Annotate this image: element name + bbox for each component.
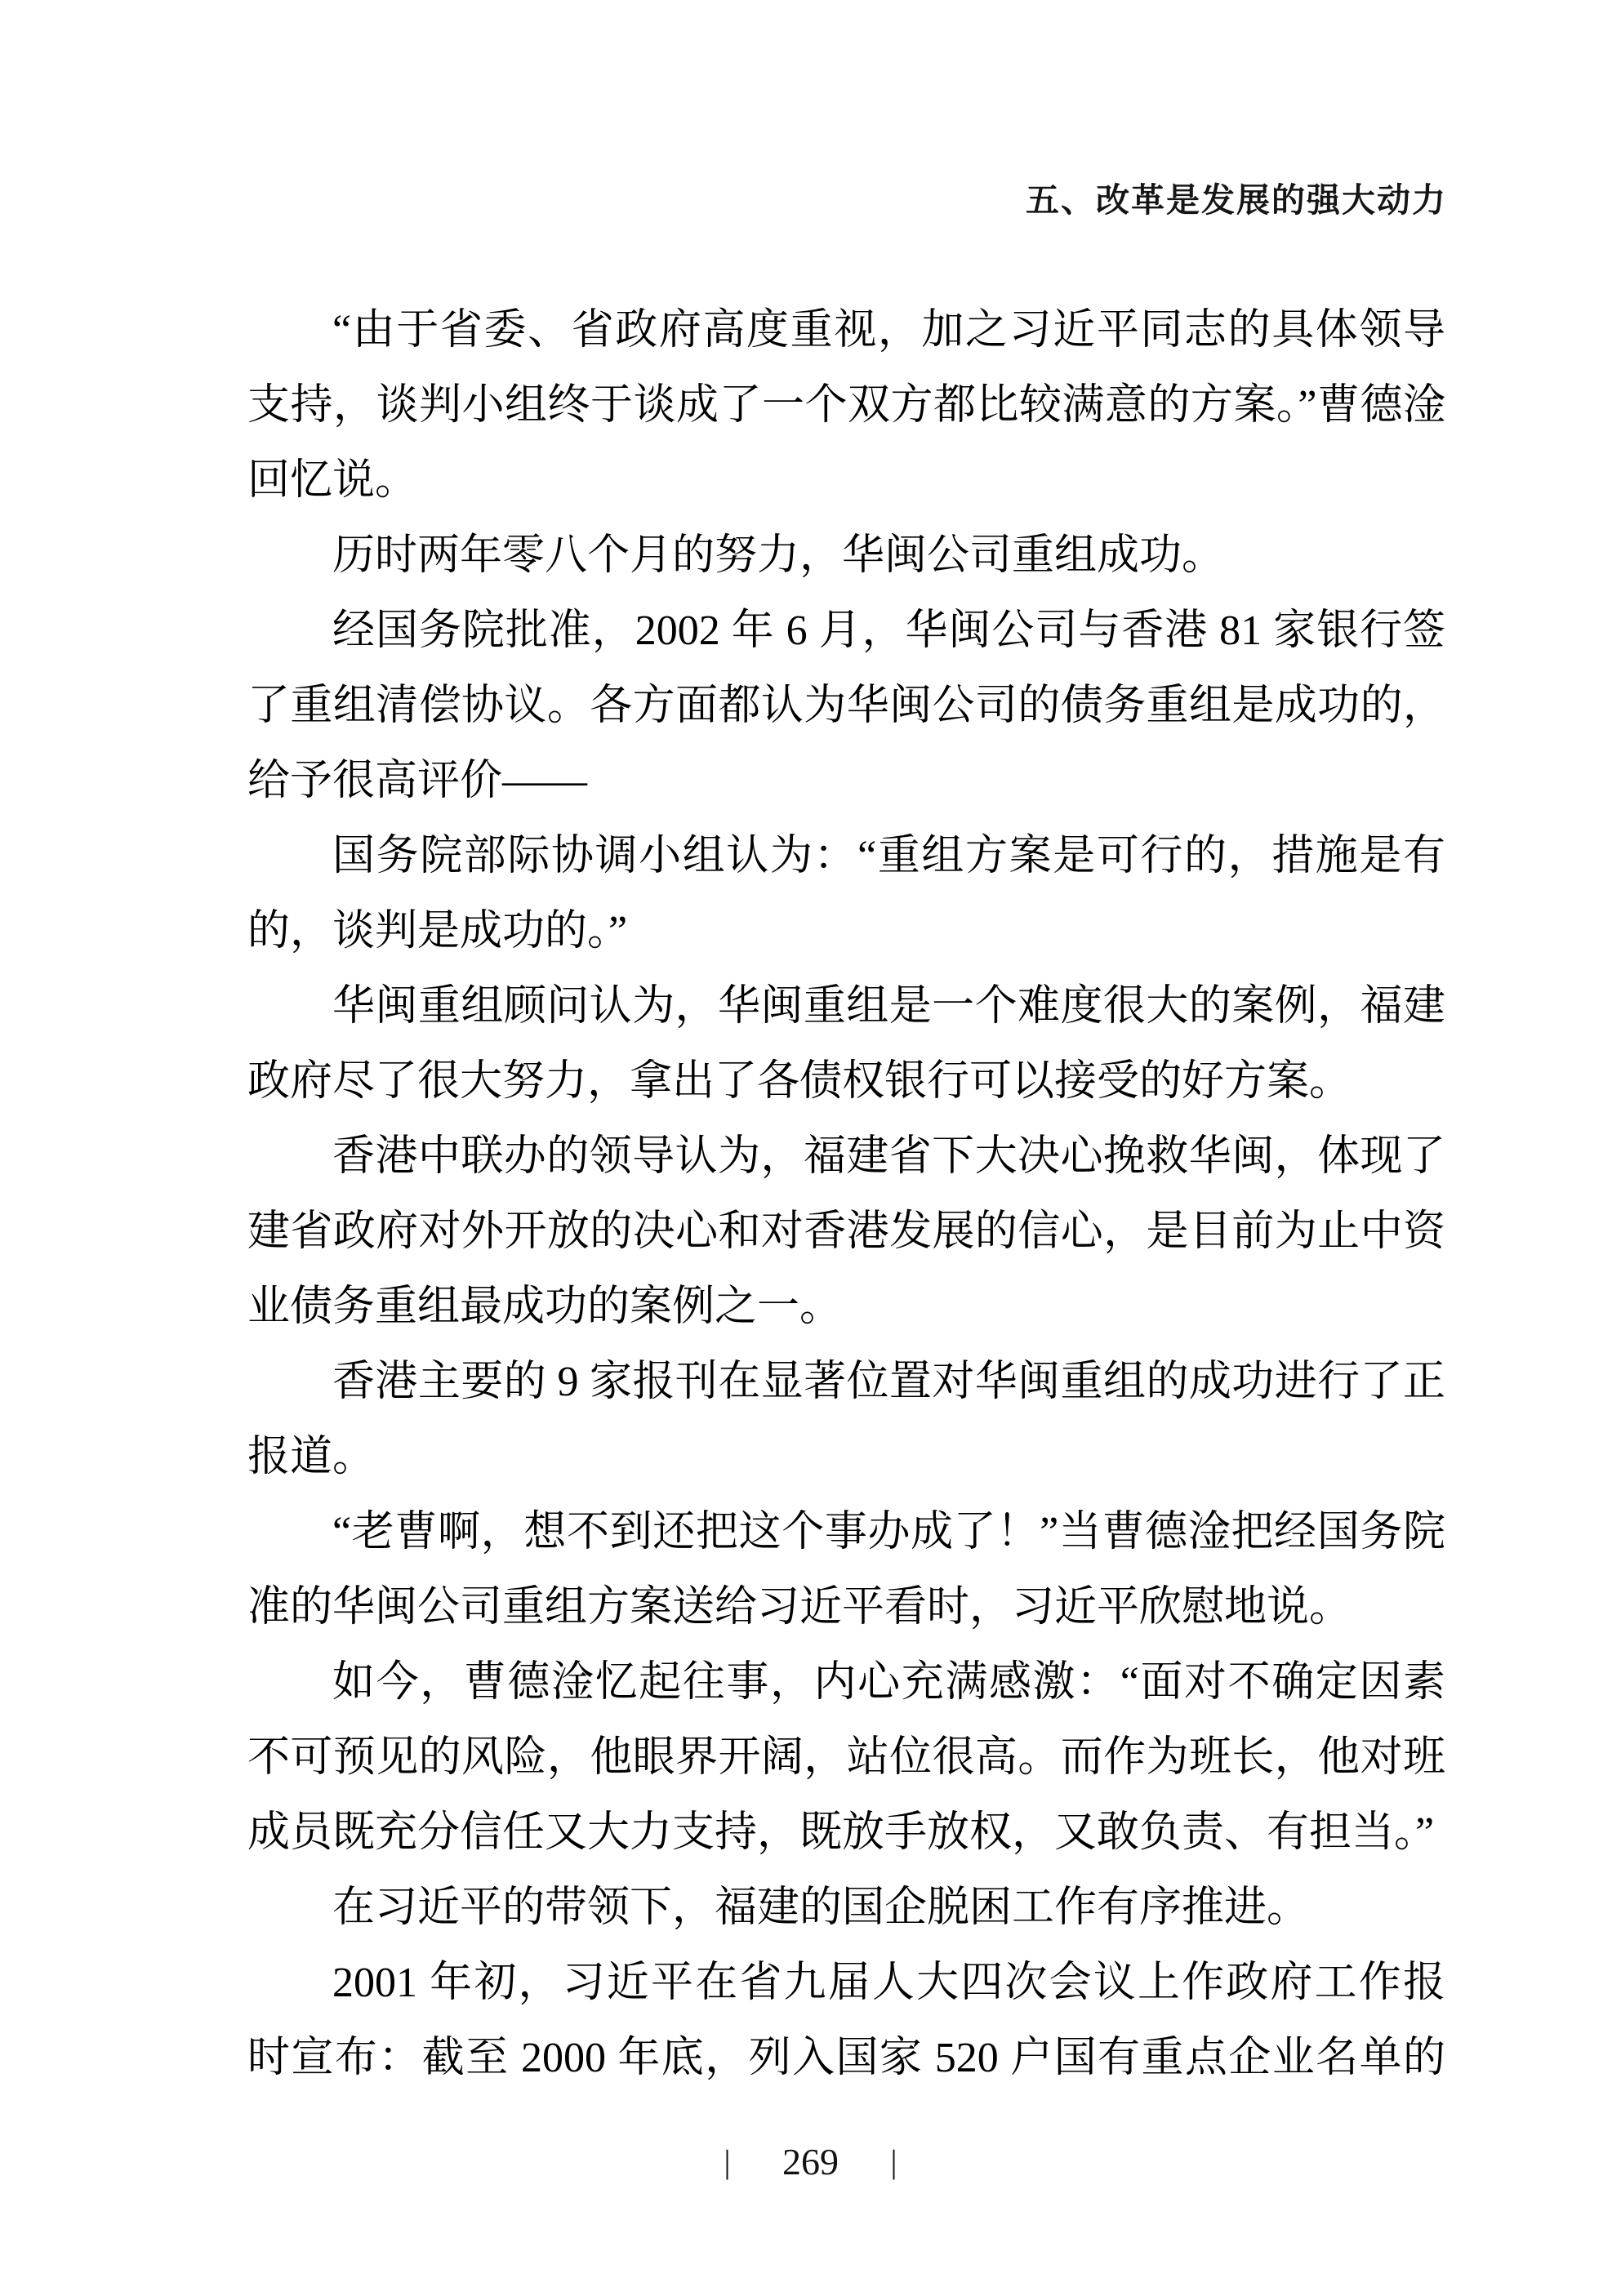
- text-line: “由于省委、省政府高度重视，加之习近平同志的具体领导和: [247, 293, 1445, 368]
- text-line: 香港主要的 9 家报刊在显著位置对华闽重组的成功进行了正面: [247, 1345, 1445, 1420]
- text-line: 如今，曹德淦忆起往事，内心充满感激：“面对不确定因素和: [247, 1645, 1445, 1720]
- text-line: 在习近平的带领下，福建的国企脱困工作有序推进。: [247, 1871, 1445, 1946]
- text-line: 成员既充分信任又大力支持，既放手放权，又敢负责、有担当。”: [247, 1795, 1445, 1871]
- text-line: 不可预见的风险，他眼界开阔，站位很高。而作为班长，他对班子: [247, 1720, 1445, 1795]
- text-line: 经国务院批准，2002 年 6 月，华闽公司与香港 81 家银行签署: [247, 594, 1445, 669]
- text-line: 了重组清偿协议。各方面都认为华闽公司的债务重组是成功的，并: [247, 669, 1445, 744]
- footer-bar-right: |: [891, 2138, 897, 2187]
- text-line: 建省政府对外开放的决心和对香港发展的信心，是目前为止中资企: [247, 1195, 1445, 1270]
- text-line: 的，谈判是成功的。”: [247, 894, 1445, 969]
- text-line: 准的华闽公司重组方案送给习近平看时，习近平欣慰地说。: [247, 1570, 1445, 1645]
- footer-bar-left: |: [724, 2138, 730, 2187]
- body-text: “由于省委、省政府高度重视，加之习近平同志的具体领导和 支持，谈判小组终于谈成了…: [247, 293, 1445, 2096]
- text-line: 报道。: [247, 1420, 1445, 1495]
- text-line: 业债务重组最成功的案例之一。: [247, 1270, 1445, 1345]
- text-line: 时宣布：截至 2000 年底，列入国家 520 户国有重点企业名单的 11: [247, 2021, 1445, 2096]
- text-line: “老曹啊，想不到还把这个事办成了！”当曹德淦把经国务院批: [247, 1495, 1445, 1570]
- text-line: 历时两年零八个月的努力，华闽公司重组成功。: [247, 518, 1445, 594]
- text-line: 香港中联办的领导认为，福建省下大决心挽救华闽，体现了福: [247, 1119, 1445, 1195]
- text-line: 国务院部际协调小组认为：“重组方案是可行的，措施是有效: [247, 819, 1445, 894]
- text-line: 政府尽了很大努力，拿出了各债权银行可以接受的好方案。: [247, 1044, 1445, 1119]
- text-line: 2001 年初，习近平在省九届人大四次会议上作政府工作报告: [247, 1946, 1445, 2021]
- text-line: 华闽重组顾问认为，华闽重组是一个难度很大的案例，福建省: [247, 969, 1445, 1044]
- text-line: 给予很高评价——: [247, 744, 1445, 819]
- text-line: 回忆说。: [247, 443, 1445, 518]
- page-number: 269: [782, 2138, 839, 2187]
- book-page: 五、改革是发展的强大动力 “由于省委、省政府高度重视，加之习近平同志的具体领导和…: [0, 0, 1621, 2296]
- text-line: 支持，谈判小组终于谈成了一个双方都比较满意的方案。”曹德淦: [247, 368, 1445, 443]
- running-head: 五、改革是发展的强大动力: [1026, 173, 1447, 221]
- page-footer: | 269 |: [0, 2138, 1621, 2187]
